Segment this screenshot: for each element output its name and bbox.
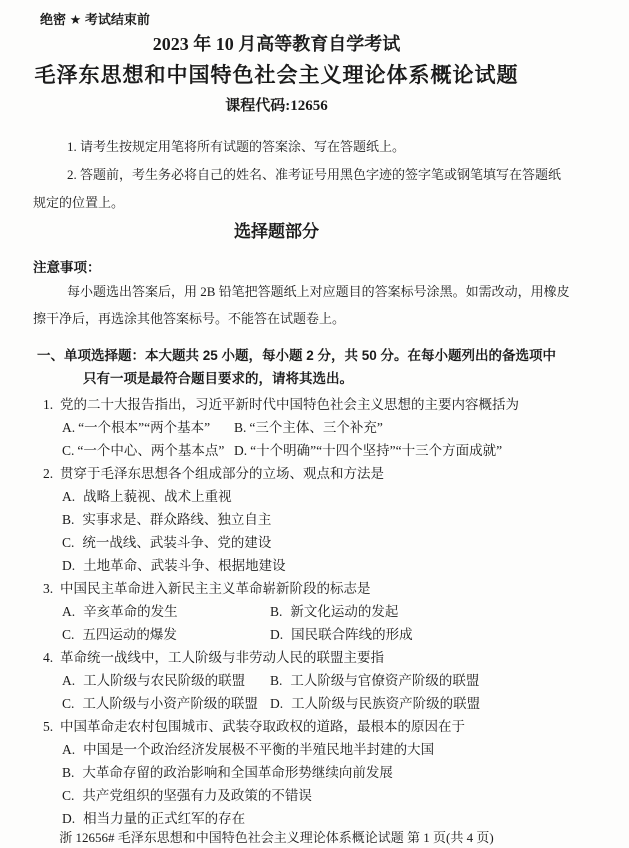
option-row: C.统一战线、武装斗争、党的建设 (62, 531, 520, 554)
instruction-item-2-line-1: 2. 答题前，考生务必将自己的姓名、准考证号用黑色字迹的签字笔或钢笔填写在答题纸 (33, 161, 520, 189)
option-b: B.实事求是、群众路线、独立自主 (62, 508, 271, 531)
question-stem-text: 党的二十大报告指出，习近平新时代中国特色社会主义思想的主要内容概括为 (60, 393, 519, 416)
option-label: A. (62, 485, 75, 508)
option-label: B. (270, 669, 282, 692)
question-2-options: A.战略上藐视、战术上重视 B.实事求是、群众路线、独立自主 C.统一战线、武装… (33, 485, 520, 577)
question-stem-text: 中国革命走农村包围城市、武装夺取政权的道路，最根本的原因在于 (60, 715, 465, 738)
option-row: D.土地革命、武装斗争、根据地建设 (62, 554, 520, 577)
notice-text: 每小题选出答案后，用 2B 铅笔把答题纸上对应题目的答案标号涂黑。如需改动，用橡… (33, 278, 520, 332)
question-4-options: A.工人阶级与农民阶级的联盟 B.工人阶级与官僚资产阶级的联盟 C.工人阶级与小… (33, 669, 520, 715)
question-number: 3. (43, 577, 60, 600)
question-number: 2. (43, 462, 60, 485)
question-2: 2. 贯穿于毛泽东思想各个组成部分的立场、观点和方法是 A.战略上藐视、战术上重… (33, 462, 520, 577)
option-label: B. (62, 761, 74, 784)
option-text: 工人阶级与官僚资产阶级的联盟 (290, 669, 479, 692)
option-text: 大革命存留的政治影响和全国革命形势继续向前发展 (82, 761, 393, 784)
option-c: C.统一战线、武装斗争、党的建设 (62, 531, 271, 554)
option-a: A.中国是一个政治经济发展极不平衡的半殖民地半封建的大国 (62, 738, 434, 761)
option-label: D. (270, 692, 283, 715)
option-a: A.战略上藐视、战术上重视 (62, 485, 232, 508)
option-row: A.工人阶级与农民阶级的联盟 B.工人阶级与官僚资产阶级的联盟 (62, 669, 520, 692)
option-row: A.“一个根本”“两个基本” B.“三个主体、三个补充” (62, 416, 520, 439)
option-c: C.工人阶级与小资产阶级的联盟 (62, 692, 270, 715)
notice-label: 注意事项： (33, 258, 520, 278)
question-3: 3. 中国民主革命进入新民主主义革命崭新阶段的标志是 A.辛亥革命的发生 B.新… (33, 577, 520, 646)
option-text: 统一战线、武装斗争、党的建设 (82, 531, 271, 554)
option-a: A.辛亥革命的发生 (62, 600, 270, 623)
option-label: D. (270, 623, 283, 646)
question-5: 5. 中国革命走农村包围城市、武装夺取政权的道路，最根本的原因在于 A.中国是一… (33, 715, 520, 830)
option-text: 中国是一个政治经济发展极不平衡的半殖民地半封建的大国 (83, 738, 434, 761)
question-5-stem: 5. 中国革命走农村包围城市、武装夺取政权的道路，最根本的原因在于 (33, 715, 520, 738)
question-2-stem: 2. 贯穿于毛泽东思想各个组成部分的立场、观点和方法是 (33, 462, 520, 485)
question-number: 4. (43, 646, 60, 669)
option-label: A. (62, 416, 75, 439)
question-4-stem: 4. 革命统一战线中，工人阶级与非劳动人民的联盟主要指 (33, 646, 520, 669)
option-text: “一个根本”“两个基本” (78, 416, 210, 439)
option-row: C.工人阶级与小资产阶级的联盟 D.工人阶级与民族资产阶级的联盟 (62, 692, 520, 715)
exam-title: 毛泽东思想和中国特色社会主义理论体系概论试题 (33, 61, 520, 90)
question-4: 4. 革命统一战线中，工人阶级与非劳动人民的联盟主要指 A.工人阶级与农民阶级的… (33, 646, 520, 715)
instruction-item-2-line-2: 规定的位置上。 (33, 189, 520, 217)
option-text: 共产党组织的坚强有力及政策的不错误 (82, 784, 312, 807)
option-text: 五四运动的爆发 (82, 623, 177, 646)
option-d: D.相当力量的正式红军的存在 (62, 807, 245, 830)
option-row: A.战略上藐视、战术上重视 (62, 485, 520, 508)
option-text: 辛亥革命的发生 (83, 600, 178, 623)
question-3-options: A.辛亥革命的发生 B.新文化运动的发起 C.五四运动的爆发 D.国民联合阵线的… (33, 600, 520, 646)
option-row: B.大革命存留的政治影响和全国革命形势继续向前发展 (62, 761, 520, 784)
question-stem-text: 革命统一战线中，工人阶级与非劳动人民的联盟主要指 (60, 646, 384, 669)
question-number: 1. (43, 393, 60, 416)
option-d: D.工人阶级与民族资产阶级的联盟 (270, 692, 480, 715)
option-label: C. (62, 623, 74, 646)
course-code: 课程代码:12656 (33, 96, 520, 117)
option-label: C. (62, 439, 74, 462)
option-label: D. (62, 807, 75, 830)
option-label: A. (62, 600, 75, 623)
question-1: 1. 党的二十大报告指出，习近平新时代中国特色社会主义思想的主要内容概括为 A.… (33, 393, 520, 462)
exam-page-content: 2023 年 10 月高等教育自学考试 毛泽东思想和中国特色社会主义理论体系概论… (33, 28, 520, 830)
instruction-item-1: 1. 请考生按规定用笔将所有试题的答案涂、写在答题纸上。 (33, 133, 520, 161)
section-heading-line-2: 只有一项是最符合题目要求的，请将其选出。 (33, 367, 520, 390)
option-d: D.“十个明确”“十四个坚持”“十三个方面成就” (234, 439, 502, 462)
question-stem-text: 贯穿于毛泽东思想各个组成部分的立场、观点和方法是 (60, 462, 384, 485)
option-label: A. (62, 738, 75, 761)
section-heading-single-choice: 一、单项选择题：本大题共 25 小题，每小题 2 分，共 50 分。在每小题列出… (33, 344, 520, 390)
option-b: B.新文化运动的发起 (270, 600, 398, 623)
option-row: A.辛亥革命的发生 B.新文化运动的发起 (62, 600, 520, 623)
option-b: B.大革命存留的政治影响和全国革命形势继续向前发展 (62, 761, 393, 784)
option-text: 工人阶级与农民阶级的联盟 (83, 669, 245, 692)
option-text: 工人阶级与小资产阶级的联盟 (82, 692, 258, 715)
part-section-title: 选择题部分 (33, 220, 520, 244)
option-text: “十个明确”“十四个坚持”“十三个方面成就” (250, 439, 502, 462)
option-c: C.五四运动的爆发 (62, 623, 270, 646)
option-b: B.“三个主体、三个补充” (234, 416, 383, 439)
option-label: C. (62, 531, 74, 554)
option-label: B. (270, 600, 282, 623)
option-row: C.五四运动的爆发 D.国民联合阵线的形成 (62, 623, 520, 646)
question-3-stem: 3. 中国民主革命进入新民主主义革命崭新阶段的标志是 (33, 577, 520, 600)
option-label: C. (62, 784, 74, 807)
option-text: 国民联合阵线的形成 (291, 623, 413, 646)
question-5-options: A.中国是一个政治经济发展极不平衡的半殖民地半封建的大国 B.大革命存留的政治影… (33, 738, 520, 830)
option-row: B.实事求是、群众路线、独立自主 (62, 508, 520, 531)
option-b: B.工人阶级与官僚资产阶级的联盟 (270, 669, 479, 692)
question-stem-text: 中国民主革命进入新民主主义革命崭新阶段的标志是 (60, 577, 371, 600)
exam-header: 2023 年 10 月高等教育自学考试 毛泽东思想和中国特色社会主义理论体系概论… (33, 32, 520, 117)
option-row: D.相当力量的正式红军的存在 (62, 807, 520, 830)
option-row: C.共产党组织的坚强有力及政策的不错误 (62, 784, 520, 807)
option-text: 实事求是、群众路线、独立自主 (82, 508, 271, 531)
exam-instructions: 1. 请考生按规定用笔将所有试题的答案涂、写在答题纸上。 2. 答题前，考生务必… (33, 133, 520, 217)
option-text: “三个主体、三个补充” (249, 416, 382, 439)
option-a: A.工人阶级与农民阶级的联盟 (62, 669, 270, 692)
option-text: “一个中心、两个基本点” (77, 439, 224, 462)
option-text: 工人阶级与民族资产阶级的联盟 (291, 692, 480, 715)
question-1-stem: 1. 党的二十大报告指出，习近平新时代中国特色社会主义思想的主要内容概括为 (33, 393, 520, 416)
option-text: 新文化运动的发起 (290, 600, 398, 623)
option-label: B. (62, 508, 74, 531)
option-row: C.“一个中心、两个基本点” D.“十个明确”“十四个坚持”“十三个方面成就” (62, 439, 520, 462)
option-c: C.共产党组织的坚强有力及政策的不错误 (62, 784, 312, 807)
option-c: C.“一个中心、两个基本点” (62, 439, 234, 462)
classification-banner: 绝密 ★ 考试结束前 (40, 9, 150, 28)
notice-line-1: 每小题选出答案后，用 2B 铅笔把答题纸上对应题目的答案标号涂黑。如需改动，用橡… (33, 278, 520, 305)
questions-list: 1. 党的二十大报告指出，习近平新时代中国特色社会主义思想的主要内容概括为 A.… (33, 393, 520, 830)
option-label: D. (234, 439, 247, 462)
notice-line-2: 擦干净后，再选涂其他答案标号。不能答在试题卷上。 (33, 305, 520, 332)
exam-session-title: 2023 年 10 月高等教育自学考试 (33, 32, 520, 56)
section-heading-line-1: 一、单项选择题：本大题共 25 小题，每小题 2 分，共 50 分。在每小题列出… (33, 344, 520, 367)
option-d: D.国民联合阵线的形成 (270, 623, 413, 646)
option-text: 土地革命、武装斗争、根据地建设 (83, 554, 286, 577)
option-text: 相当力量的正式红军的存在 (83, 807, 245, 830)
page-footer: 浙 12656# 毛泽东思想和中国特色社会主义理论体系概论试题 第 1 页(共 … (33, 829, 520, 846)
option-label: B. (234, 416, 246, 439)
option-a: A.“一个根本”“两个基本” (62, 416, 234, 439)
option-label: C. (62, 692, 74, 715)
question-number: 5. (43, 715, 60, 738)
option-text: 战略上藐视、战术上重视 (83, 485, 232, 508)
option-label: A. (62, 669, 75, 692)
option-label: D. (62, 554, 75, 577)
option-d: D.土地革命、武装斗争、根据地建设 (62, 554, 286, 577)
option-row: A.中国是一个政治经济发展极不平衡的半殖民地半封建的大国 (62, 738, 520, 761)
question-1-options: A.“一个根本”“两个基本” B.“三个主体、三个补充” C.“一个中心、两个基… (33, 416, 520, 462)
